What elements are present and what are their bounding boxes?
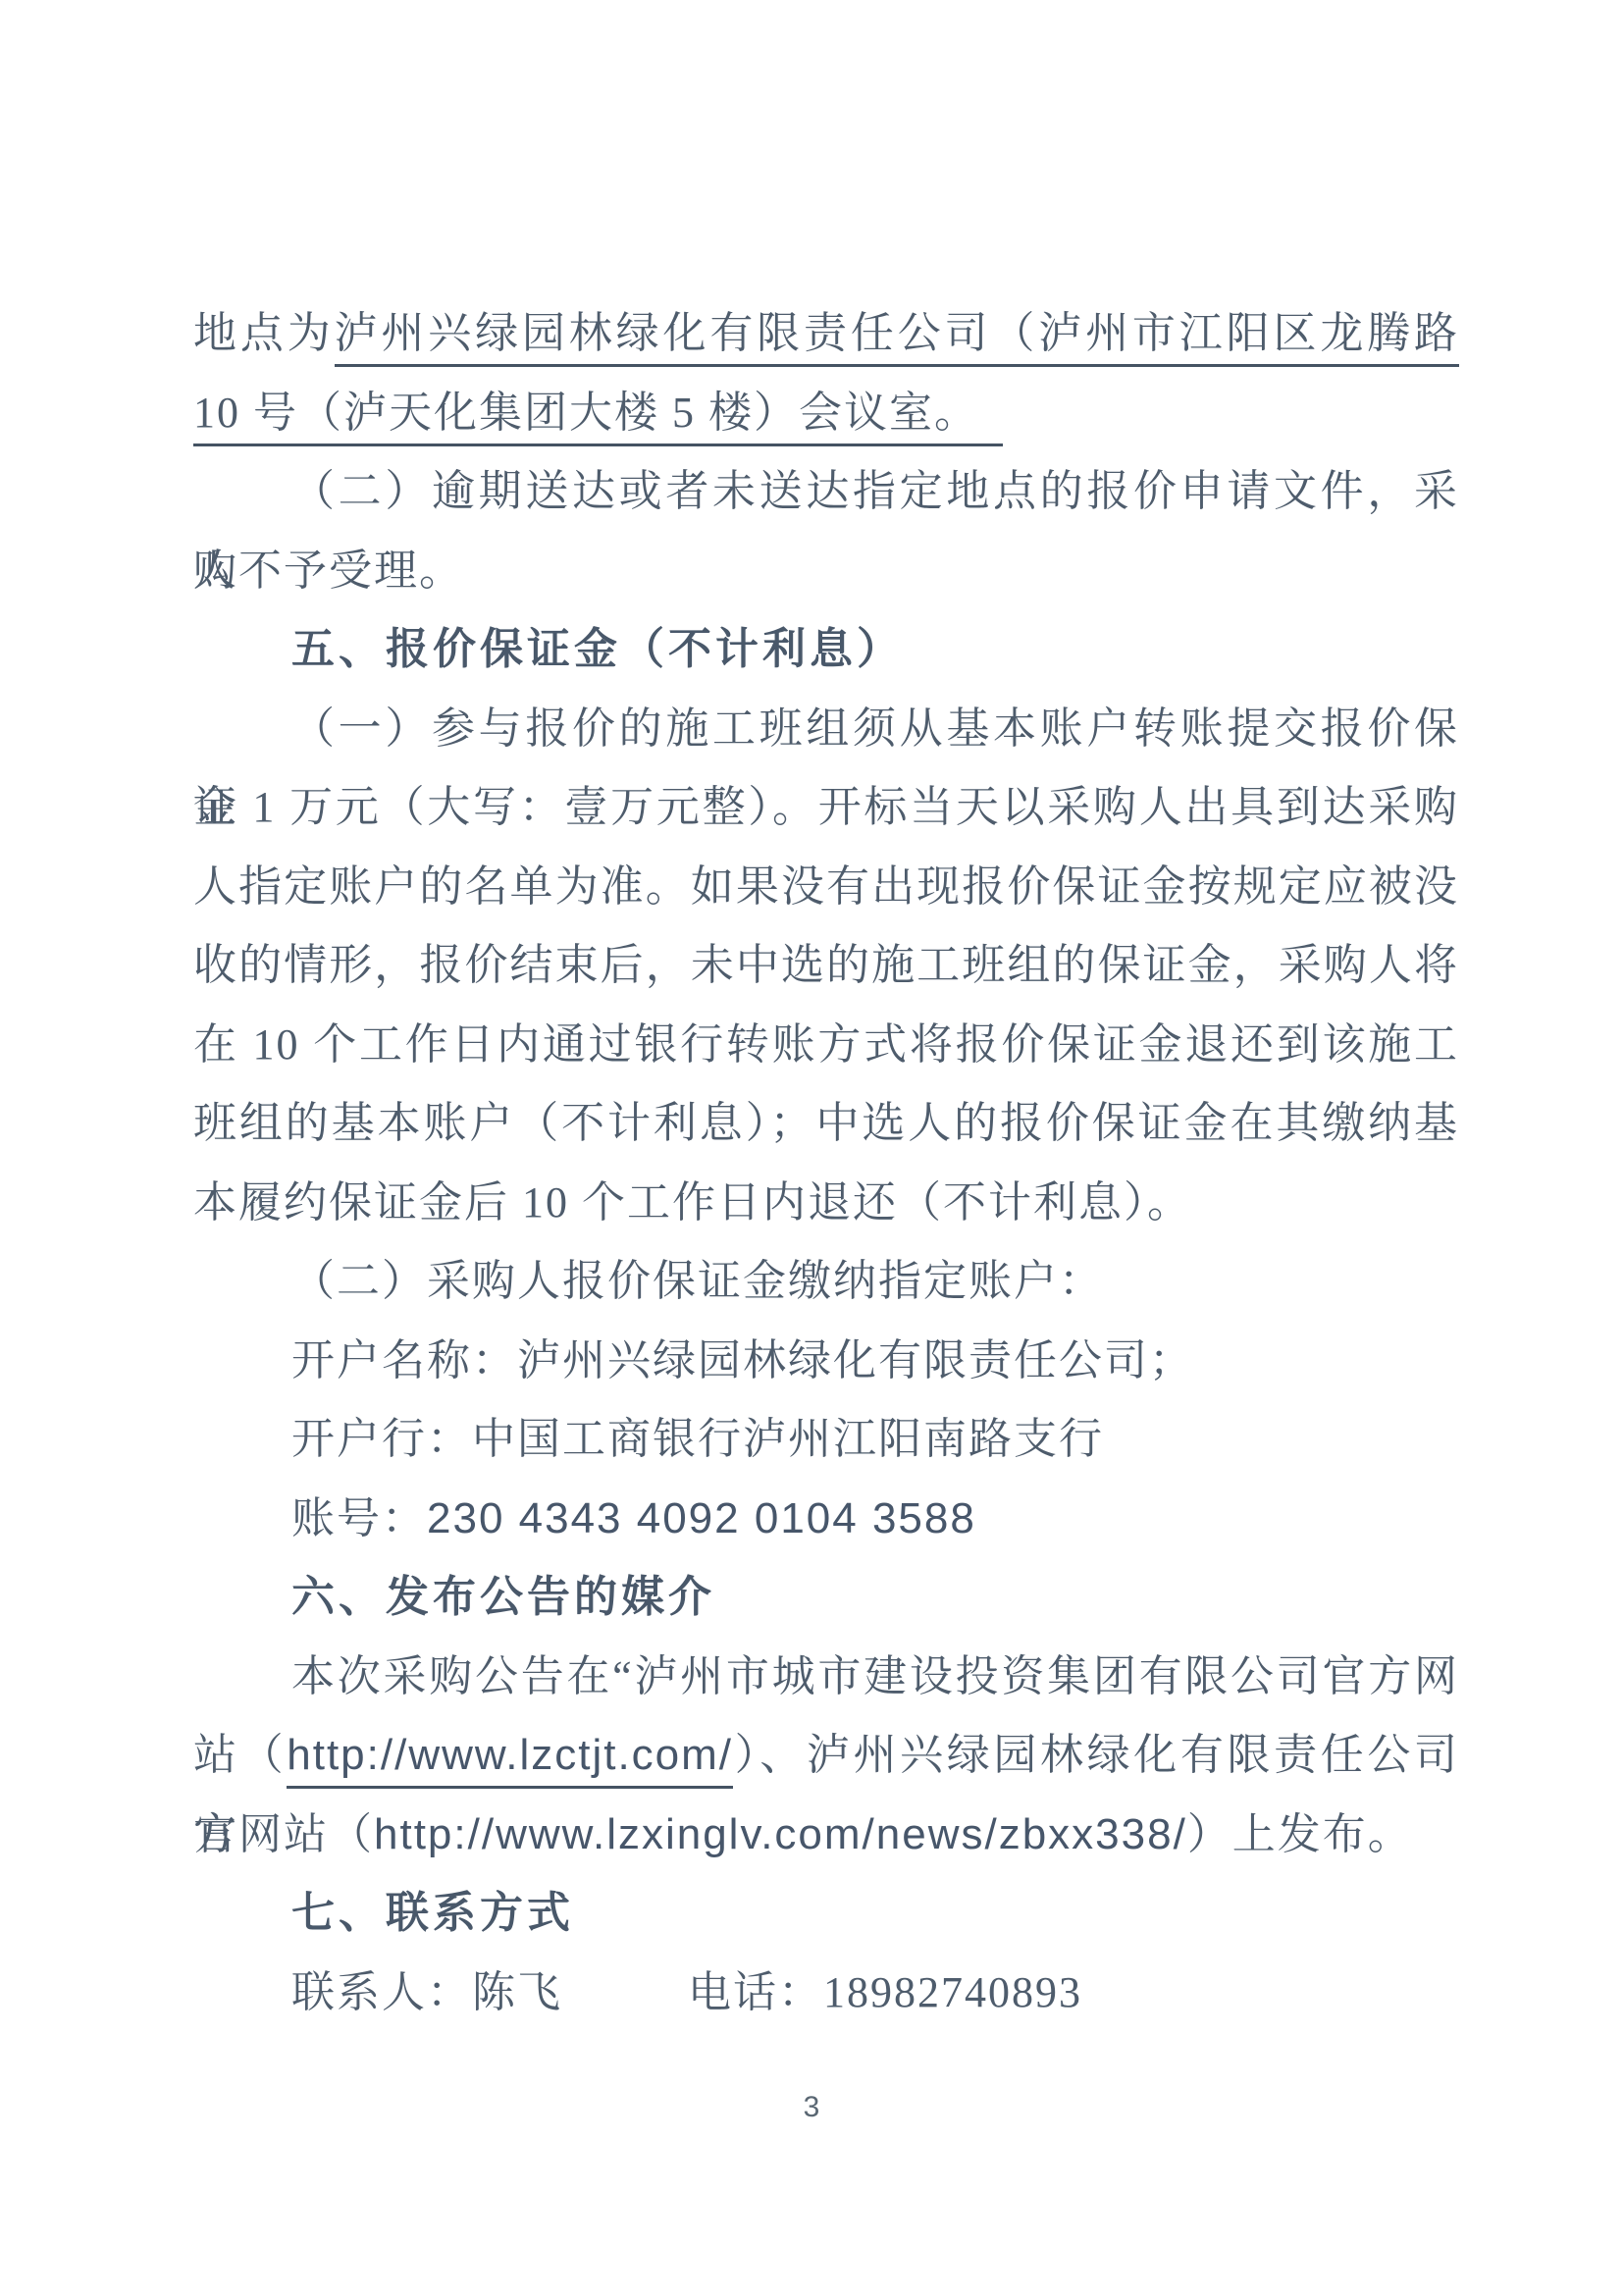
line-account-bank: 开户行：中国工商银行泸州江阳南路支行 — [193, 1400, 1459, 1480]
line-late-delivery-2: 人不予受理。 — [193, 532, 1459, 611]
line-deposit-1: （一）参与报价的施工班组须从基本账户转账提交报价保证 — [193, 690, 1459, 769]
line-contact: 联系人：陈飞电话：18982740893 — [193, 1954, 1459, 2033]
text-segment: 地点为 — [193, 309, 335, 357]
line-deposit-4: 收的情形，报价结束后，未中选的施工班组的保证金，采购人将 — [193, 926, 1459, 1006]
text-segment: 五、报价保证金（不计利息） — [291, 625, 904, 673]
underlined-text: 泸州兴绿园林绿化有限责任公司（泸州市江阳区龙腾路 — [335, 309, 1459, 367]
text-segment: ）上发布。 — [1187, 1810, 1413, 1858]
text-segment: 电话：18982740893 — [688, 1968, 1082, 2016]
line-media-2: 站（http://www.lzctjt.com/）、泸州兴绿园林绿化有限责任公司… — [193, 1716, 1459, 1796]
text-segment: 七、联系方式 — [291, 1889, 574, 1937]
text-segment: 本履约保证金后 10 个工作日内退还（不计利息）。 — [193, 1178, 1192, 1226]
text-segment: （二）采购人报价保证金缴纳指定账户： — [291, 1257, 1104, 1305]
text-segment: http://www.lzxinglv.com/news/zbxx338/ — [374, 1810, 1187, 1858]
document-body: 地点为泸州兴绿园林绿化有限责任公司（泸州市江阳区龙腾路10 号（泸天化集团大楼 … — [193, 294, 1459, 2032]
heading-section-7: 七、联系方式 — [193, 1874, 1459, 1954]
text-segment: 方网站（ — [193, 1810, 374, 1858]
line-venue-1: 地点为泸州兴绿园林绿化有限责任公司（泸州市江阳区龙腾路 — [193, 294, 1459, 374]
line-deposit-2: 金 1 万元（大写：壹万元整）。开标当天以采购人出具到达采购 — [193, 768, 1459, 848]
line-late-delivery-1: （二）逾期送达或者未送达指定地点的报价申请文件，采购 — [193, 452, 1459, 532]
text-segment: 在 10 个工作日内通过银行转账方式将报价保证金退还到该施工 — [193, 1020, 1459, 1069]
line-media-3: 方网站（http://www.lzxinglv.com/news/zbxx338… — [193, 1796, 1459, 1875]
text-segment: 人不予受理。 — [193, 547, 464, 595]
text-segment: 联系人：陈飞 — [291, 1968, 562, 2016]
line-deposit-3: 人指定账户的名单为准。如果没有出现报价保证金按规定应被没 — [193, 848, 1459, 927]
line-deposit-6: 班组的基本账户（不计利息）；中选人的报价保证金在其缴纳基 — [193, 1084, 1459, 1164]
underlined-text: http://www.lzctjt.com/ — [287, 1731, 733, 1789]
text-segment: 班组的基本账户（不计利息）；中选人的报价保证金在其缴纳基 — [193, 1099, 1459, 1147]
line-deposit-5: 在 10 个工作日内通过银行转账方式将报价保证金退还到该施工 — [193, 1006, 1459, 1085]
line-account-intro: （二）采购人报价保证金缴纳指定账户： — [193, 1242, 1459, 1322]
text-segment: 开户名称：泸州兴绿园林绿化有限责任公司； — [291, 1336, 1194, 1384]
text-segment: 六、发布公告的媒介 — [291, 1573, 715, 1621]
text-segment: 账号： — [291, 1494, 427, 1542]
heading-section-6: 六、发布公告的媒介 — [193, 1558, 1459, 1638]
heading-section-5: 五、报价保证金（不计利息） — [193, 610, 1459, 690]
underlined-text: 10 号（泸天化集团大楼 5 楼）会议室。 — [193, 389, 1003, 446]
line-account-number: 账号：230 4343 4092 0104 3588 — [193, 1480, 1459, 1559]
text-segment: 站（ — [193, 1731, 287, 1779]
line-account-name: 开户名称：泸州兴绿园林绿化有限责任公司； — [193, 1322, 1459, 1401]
line-venue-2: 10 号（泸天化集团大楼 5 楼）会议室。 — [193, 374, 1459, 453]
line-deposit-7: 本履约保证金后 10 个工作日内退还（不计利息）。 — [193, 1164, 1459, 1243]
document-page: 地点为泸州兴绿园林绿化有限责任公司（泸州市江阳区龙腾路10 号（泸天化集团大楼 … — [0, 0, 1623, 2296]
line-media-1: 本次采购公告在“泸州市城市建设投资集团有限公司官方网 — [193, 1638, 1459, 1717]
text-segment: 收的情形，报价结束后，未中选的施工班组的保证金，采购人将 — [193, 941, 1459, 989]
text-segment: 金 1 万元（大写：壹万元整）。开标当天以采购人出具到达采购 — [193, 783, 1459, 831]
text-segment: 人指定账户的名单为准。如果没有出现报价保证金按规定应被没 — [193, 862, 1459, 911]
text-segment: 本次采购公告在“泸州市城市建设投资集团有限公司官方网 — [291, 1652, 1459, 1700]
text-segment: 开户行：中国工商银行泸州江阳南路支行 — [291, 1415, 1104, 1463]
text-segment: 230 4343 4092 0104 3588 — [427, 1494, 976, 1542]
page-number: 3 — [0, 2088, 1623, 2127]
